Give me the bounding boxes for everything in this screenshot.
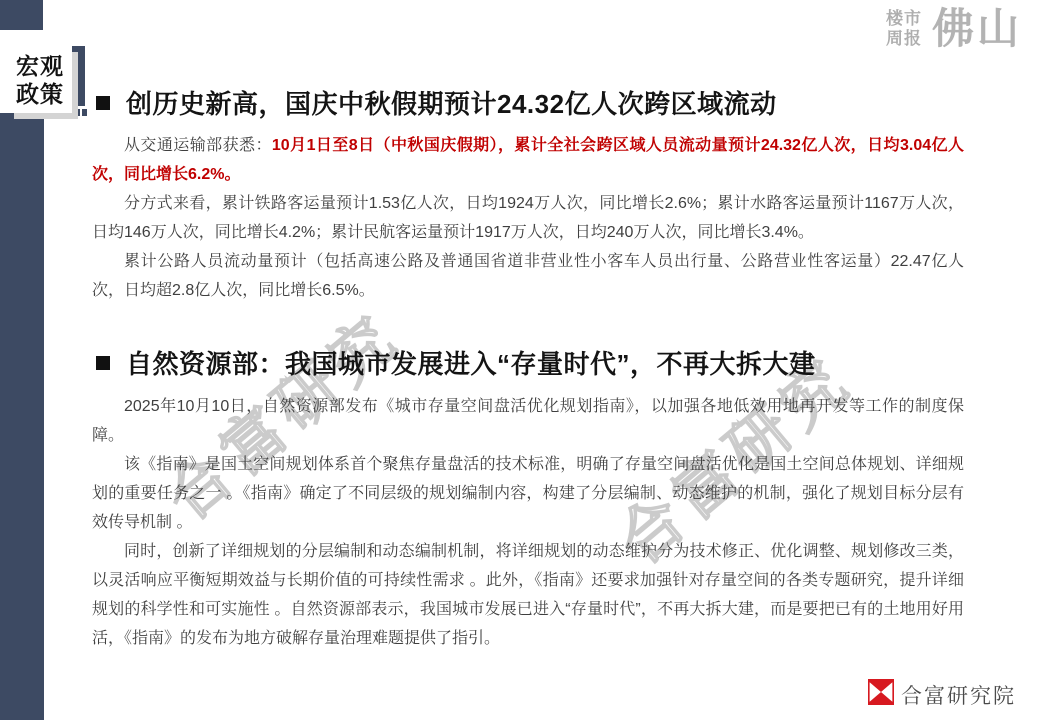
city-name: 佛山 xyxy=(932,6,1022,52)
paragraph: 同时，创新了详细规划的分层编制和动态编制机制，将详细规划的动态维护分为技术修正、… xyxy=(92,537,964,653)
hexagon-logo-icon xyxy=(868,679,894,710)
section2-paragraphs: 2025年10月10日，自然资源部发布《城市存量空间盘活优化规划指南》，以加强各… xyxy=(92,392,964,653)
report-name-line1: 楼市 xyxy=(886,9,922,29)
paragraph: 累计公路人员流动量预计（包括高速公路及普通国省道非营业性小客车人员出行量、公路营… xyxy=(92,247,964,305)
paragraph-lead: 从交通运输部获悉： xyxy=(124,137,272,154)
tab-label-line2: 政策 xyxy=(16,80,64,108)
tab-accent-dash xyxy=(72,109,80,116)
report-brand: 楼市 周报 佛山 xyxy=(886,6,1022,52)
tab-label-line1: 宏观 xyxy=(16,52,64,80)
footer-logo: 合富研究院 xyxy=(868,679,1016,710)
left-sidebar-bar xyxy=(0,113,44,720)
paragraph: 分方式来看，累计铁路客运量预计1.53亿人次，日均1924万人次，同比增长2.6… xyxy=(92,189,964,247)
section1-heading-text: 创历史新高，国庆中秋假期预计24.32亿人次跨区域流动 xyxy=(126,89,777,119)
report-name-line2: 周报 xyxy=(886,29,922,49)
square-bullet-icon xyxy=(96,96,110,110)
section-tab-macro-policy: 宏观 政策 xyxy=(8,46,72,113)
paragraph: 从交通运输部获悉：10月1日至8日（中秋国庆假期），累计全社会跨区域人员流动量预… xyxy=(92,131,964,189)
footer-logo-text: 合富研究院 xyxy=(901,680,1016,710)
section2-heading-text: 自然资源部：我国城市发展进入“存量时代”，不再大拆大建 xyxy=(126,349,816,379)
tab-accent-dash xyxy=(82,109,87,116)
tab-accent-bar xyxy=(72,46,85,106)
section1-heading: 创历史新高，国庆中秋假期预计24.32亿人次跨区域流动 xyxy=(96,84,777,121)
paragraph: 2025年10月10日，自然资源部发布《城市存量空间盘活优化规划指南》，以加强各… xyxy=(92,392,964,450)
section1-paragraphs: 从交通运输部获悉：10月1日至8日（中秋国庆假期），累计全社会跨区域人员流动量预… xyxy=(92,131,964,305)
square-bullet-icon xyxy=(96,356,110,370)
report-name: 楼市 周报 xyxy=(886,9,922,49)
paragraph: 该《指南》是国土空间规划体系首个聚焦存量盘活的技术标准，明确了存量空间盘活优化是… xyxy=(92,450,964,537)
corner-accent-block xyxy=(0,0,43,30)
section2-heading: 自然资源部：我国城市发展进入“存量时代”，不再大拆大建 xyxy=(96,344,816,381)
